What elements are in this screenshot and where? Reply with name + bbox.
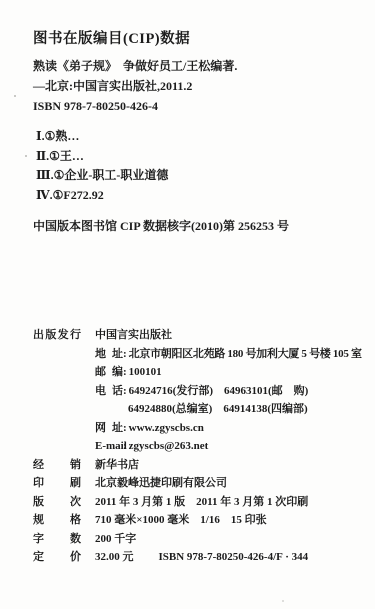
row-phone-label: 电话 — [95, 382, 123, 401]
classification-item-4: Ⅳ.①F272.92 — [36, 186, 375, 206]
row-distributor-value: 新华书店 — [95, 459, 139, 471]
row-format-value: 710 毫米×1000 毫米 1/16 15 印张 — [95, 514, 267, 526]
row-format-label: 规格 — [33, 511, 81, 530]
row-address-label: 地址 — [95, 345, 123, 364]
row-phone-colon: : — [123, 382, 127, 401]
row-printer: 印刷北京毅峰迅捷印刷有限公司 — [33, 474, 375, 493]
row-format: 规格710 毫米×1000 毫米 1/16 15 印张 — [33, 511, 375, 530]
cip-record-line: 中国版本图书馆 CIP 数据核字(2010)第 256253 号 — [33, 216, 375, 236]
row-phone-continued: 64924880(总编室) 64914138(四编部) — [33, 400, 375, 419]
classification-item-1: Ⅰ.①熟… — [36, 127, 375, 147]
row-edition-value: 2011 年 3 月第 1 版 2011 年 3 月第 1 次印刷 — [95, 496, 308, 508]
row-address: 地址:北京市朝阳区北苑路 180 号加利大厦 5 号楼 105 室 — [33, 345, 375, 364]
row-printer-label: 印刷 — [33, 474, 81, 493]
row-email-label: E-mail — [95, 437, 123, 456]
publisher-origin-line: —北京:中国言实出版社,2011.2 — [33, 76, 375, 96]
row-email-value: zgyscbs@263.net — [129, 440, 209, 452]
cip-classification-list: Ⅰ.①熟… Ⅱ.①王… Ⅲ.①企业-职工-职业道德 Ⅳ.①F272.92 — [33, 127, 375, 205]
row-wordcount-label: 字数 — [33, 530, 81, 549]
row-postcode-value: 100101 — [129, 366, 162, 378]
row-publisher: 出版发行中国言实出版社 — [33, 326, 375, 345]
row-distributor: 经销新华书店 — [33, 456, 375, 475]
row-price-isbn: ISBN 978-7-80250-426-4/F · 344 — [159, 551, 309, 563]
row-email: E-mail:zgyscbs@263.net — [33, 437, 375, 456]
row-website-label: 网址 — [95, 419, 123, 438]
isbn-line: ISBN 978-7-80250-426-4 — [33, 96, 375, 116]
book-title-line: 熟读《弟子规》 争做好员工/王松编著. — [33, 56, 375, 76]
row-postcode-label: 邮编 — [95, 363, 123, 382]
row-website-value: www.zgyscbs.cn — [129, 422, 204, 434]
row-address-value: 北京市朝阳区北苑路 180 号加利大厦 5 号楼 105 室 — [129, 348, 362, 360]
row-phone-value: 64924716(发行部) 64963101(邮 购) — [129, 385, 309, 397]
scan-speck — [25, 155, 27, 157]
row-wordcount-value: 200 千字 — [95, 533, 136, 545]
row-printer-value: 北京毅峰迅捷印刷有限公司 — [95, 477, 227, 489]
scan-speck — [282, 600, 284, 602]
row-website: 网址:www.zgyscbs.cn — [33, 419, 375, 438]
row-wordcount: 字数200 千字 — [33, 530, 375, 549]
row-distributor-label: 经销 — [33, 456, 81, 475]
scan-speck — [14, 95, 16, 97]
row-email-colon: : — [123, 437, 127, 456]
row-postcode: 邮编:100101 — [33, 363, 375, 382]
cip-copyright-page: 图书在版编目(CIP)数据 熟读《弟子规》 争做好员工/王松编著. —北京:中国… — [0, 0, 375, 609]
classification-item-3: Ⅲ.①企业-职工-职业道德 — [36, 166, 375, 186]
cip-heading: 图书在版编目(CIP)数据 — [33, 30, 375, 48]
row-price-label: 定价 — [33, 548, 81, 567]
classification-item-2: Ⅱ.①王… — [36, 147, 375, 167]
row-edition-label: 版次 — [33, 493, 81, 512]
row-postcode-colon: : — [123, 363, 127, 382]
row-price-value: 32.00 元 — [95, 551, 134, 563]
row-phone-continued-value: 64924880(总编室) 64914138(四编部) — [128, 403, 308, 415]
row-website-colon: : — [123, 419, 127, 438]
row-price: 定价32.00 元ISBN 978-7-80250-426-4/F · 344 — [33, 548, 375, 567]
row-publisher-label: 出版发行 — [33, 326, 81, 345]
row-edition: 版次2011 年 3 月第 1 版 2011 年 3 月第 1 次印刷 — [33, 493, 375, 512]
row-address-colon: : — [123, 345, 127, 364]
row-phone: 电话:64924716(发行部) 64963101(邮 购) — [33, 382, 375, 401]
colophon-block: 出版发行中国言实出版社 地址:北京市朝阳区北苑路 180 号加利大厦 5 号楼 … — [33, 326, 375, 567]
row-publisher-value: 中国言实出版社 — [95, 329, 172, 341]
